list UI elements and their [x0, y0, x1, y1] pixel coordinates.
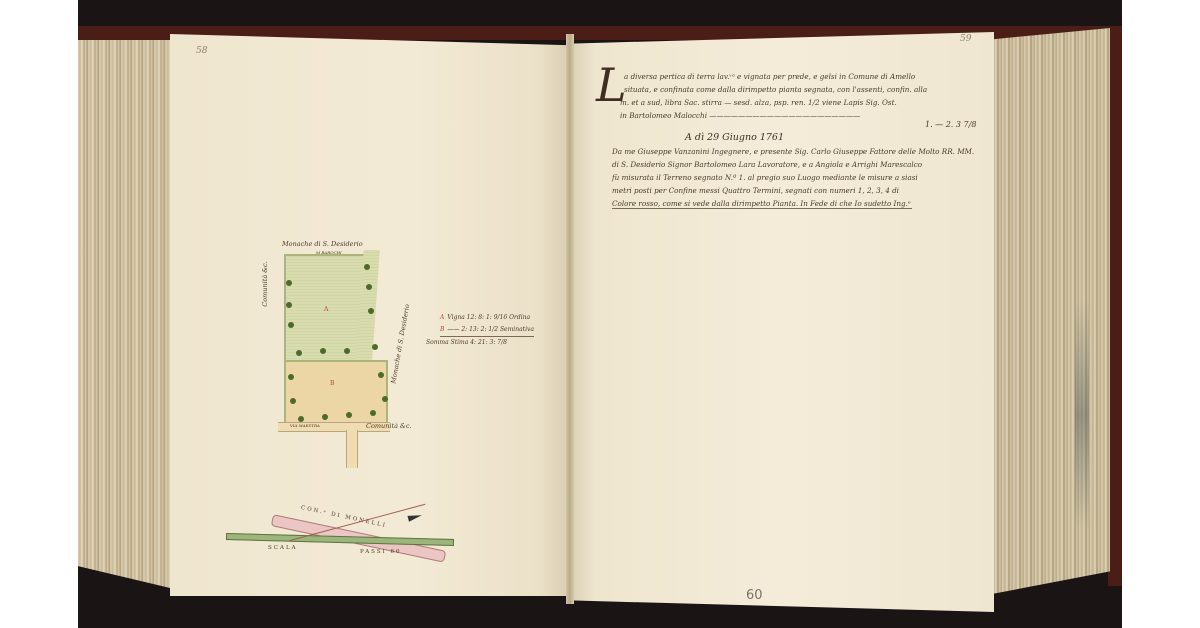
- legend-letter: B: [440, 326, 444, 333]
- pencil-page-number: 60: [746, 588, 763, 603]
- tree-icon: [288, 374, 294, 380]
- map-label-bottom-right: Comunità &c.: [366, 422, 412, 430]
- book-gutter: [566, 34, 574, 604]
- tree-icon: [372, 344, 378, 350]
- tree-icon: [382, 396, 388, 402]
- tree-icon: [344, 348, 350, 354]
- legend-row: AVigna 12: 8: 1: 9/16 Ordina: [440, 312, 534, 324]
- text-line: metri posti per Confine messi Quattro Te…: [612, 184, 899, 197]
- text-line: Da me Giuseppe Vanzanini Ingegnere, e pr…: [612, 145, 974, 158]
- tree-icon: [286, 302, 292, 308]
- page-edge-stain: [1075, 300, 1089, 530]
- tree-icon: [366, 284, 372, 290]
- tree-icon: [288, 322, 294, 328]
- page-edges-left: [78, 40, 170, 588]
- text-line: fù misurata il Terreno segnato N.º 1. al…: [612, 171, 918, 184]
- legend-total-row: Somma Stima 4: 21: 3: 7/8: [426, 337, 534, 349]
- tree-icon: [320, 348, 326, 354]
- left-folio-number: 58: [196, 46, 207, 56]
- parcel-map: A B Monache di S. Desiderio M BAROCHI Co…: [260, 240, 420, 470]
- tree-icon: [286, 280, 292, 286]
- legend-text: Somma Stima 4: 21: 3: 7/8: [426, 339, 507, 346]
- map-legend: AVigna 12: 8: 1: 9/16 Ordina B—— 2: 13: …: [440, 312, 534, 349]
- legend-text: —— 2: 13: 2: 1/2 Seminativa: [447, 326, 534, 333]
- scale-label-right: PASSI 60: [360, 549, 402, 555]
- tree-icon: [364, 264, 370, 270]
- tree-icon: [322, 414, 328, 420]
- tree-icon: [370, 410, 376, 416]
- map-label-top-small: M BAROCHI: [316, 250, 342, 255]
- map-label-left: Comunità &c.: [261, 261, 269, 307]
- book-cover-right: [1108, 26, 1122, 586]
- map-label-top: Monache di S. Desiderio: [282, 240, 363, 248]
- legend-letter: A: [440, 314, 444, 321]
- right-folio-number: 59: [960, 34, 971, 44]
- entry-amount: 1. — 2. 3 7/8: [925, 120, 976, 129]
- map-label-right: Monache di S. Desiderio: [389, 304, 411, 385]
- closing-rule: [612, 208, 912, 209]
- page-edges-right: [992, 28, 1110, 594]
- tree-icon: [290, 398, 296, 404]
- parcel-letter-a: A: [324, 306, 328, 313]
- text-line: in Bartolomeo Malocchi —————————————————…: [620, 109, 860, 122]
- scale-label-left: SCALA: [268, 545, 298, 551]
- text-line: di S. Desiderio Signor Bartolomeo Lara L…: [612, 158, 922, 171]
- entry-date: A dì 29 Giugno 1761: [685, 132, 784, 143]
- road-vertical: [346, 430, 358, 468]
- legend-text: Vigna 12: 8: 1: 9/16 Ordina: [447, 314, 530, 321]
- tree-icon: [346, 412, 352, 418]
- parcel-letter-b: B: [330, 380, 334, 387]
- tree-icon: [378, 372, 384, 378]
- text-line: a diversa pertica di terra lav.ᵛᵃ e vign…: [624, 70, 915, 83]
- text-line: m. et a sud, libra Sac. stirra — sesd. a…: [620, 96, 897, 109]
- tree-icon: [368, 308, 374, 314]
- text-line: situata, e confinata come dalla dirimpet…: [624, 83, 927, 96]
- tree-icon: [298, 416, 304, 422]
- map-label-road: VIA MAESTRA: [290, 423, 320, 428]
- legend-row: B—— 2: 13: 2: 1/2 Seminativa: [440, 324, 534, 337]
- tree-icon: [296, 350, 302, 356]
